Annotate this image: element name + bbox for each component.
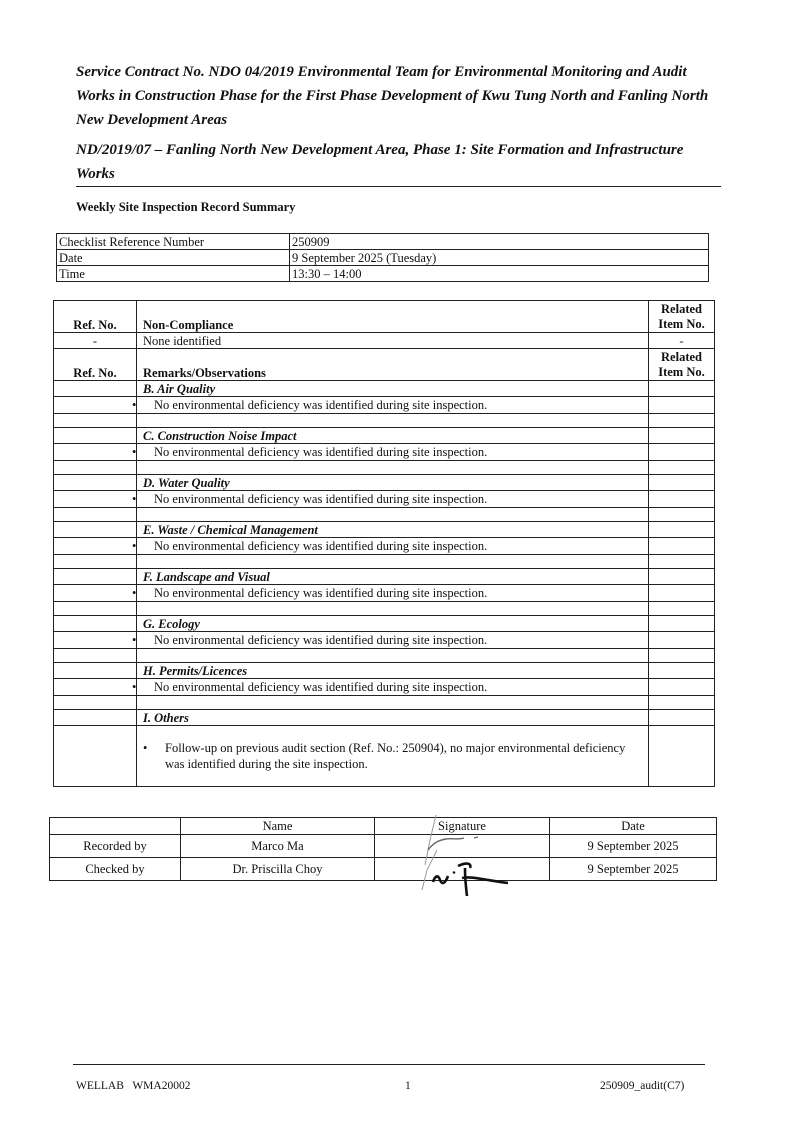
ref-no-cell [54,461,137,475]
spacer-row [54,696,715,710]
category-title-row: I. Others [54,710,715,726]
observation-row: •No environmental deficiency was identif… [54,585,715,602]
category-title-row: G. Ecology [54,616,715,632]
related-item-cell [649,585,715,602]
related-item-cell [649,632,715,649]
info-row: Checklist Reference Number 250909 [57,234,709,250]
noncompliance-header-row: Ref. No. Non-Compliance RelatedItem No. [54,301,715,333]
role-header [50,818,181,835]
info-label: Time [57,266,290,282]
observation-text: No environmental deficiency was identifi… [154,492,487,506]
spacer-cell [137,461,649,475]
bullet-icon: • [154,740,165,756]
name-cell: Marco Ma [181,835,375,858]
category-title: G. Ecology [137,616,649,632]
remarks-header: Remarks/Observations [137,349,649,381]
ref-no-cell [54,444,137,461]
observation-text: No environmental deficiency was identifi… [154,539,487,553]
category-title-row: F. Landscape and Visual [54,569,715,585]
related-item-cell [649,491,715,508]
observation-row: •No environmental deficiency was identif… [54,491,715,508]
observation-cell: •No environmental deficiency was identif… [137,679,649,696]
role-cell: Recorded by [50,835,181,858]
category-title: E. Waste / Chemical Management [137,522,649,538]
category-title-row: E. Waste / Chemical Management [54,522,715,538]
spacer-cell [137,555,649,569]
info-value: 13:30 – 14:00 [290,266,709,282]
related-item-cell [649,461,715,475]
related-item-cell [649,381,715,397]
related-item-cell [649,414,715,428]
spacer-row [54,649,715,663]
ref-no-cell [54,602,137,616]
observation-row: •No environmental deficiency was identif… [54,397,715,414]
related-item-header: RelatedItem No. [649,301,715,333]
bullet-icon: • [143,491,154,507]
spacer-row [54,414,715,428]
ref-no-cell [54,475,137,491]
observation-row: •No environmental deficiency was identif… [54,538,715,555]
related-item-header-line1: Related [661,302,702,316]
bullet-icon: • [143,444,154,460]
category-title-row: H. Permits/Licences [54,663,715,679]
ref-no-cell [54,726,137,787]
category-title-row: B. Air Quality [54,381,715,397]
ref-no-cell [54,710,137,726]
related-item-cell [649,475,715,491]
signoff-header-row: Name Signature Date [50,818,717,835]
ref-no-cell: - [54,333,137,349]
noncompliance-cell: None identified [137,333,649,349]
noncompliance-row: - None identified - [54,333,715,349]
observation-text: No environmental deficiency was identifi… [154,680,487,694]
spacer-cell [137,508,649,522]
document-header: Service Contract No. NDO 04/2019 Environ… [76,60,716,186]
observation-row: •No environmental deficiency was identif… [54,632,715,649]
name-cell: Dr. Priscilla Choy [181,858,375,881]
ref-no-cell [54,414,137,428]
ref-no-cell [54,555,137,569]
info-value: 9 September 2025 (Tuesday) [290,250,709,266]
related-item-cell [649,428,715,444]
related-item-cell [649,569,715,585]
spacer-cell [137,649,649,663]
category-title: C. Construction Noise Impact [137,428,649,444]
spacer-cell [137,696,649,710]
contract-title: Service Contract No. NDO 04/2019 Environ… [76,60,716,132]
related-item-cell: - [649,333,715,349]
date-cell: 9 September 2025 [550,835,717,858]
related-item-header-line2: Item No. [658,365,705,379]
ref-no-cell [54,381,137,397]
related-item-header-line1: Related [661,350,702,364]
checklist-info-table: Checklist Reference Number 250909 Date 9… [56,233,709,282]
related-item-cell [649,444,715,461]
footer-company-code: WELLAB WMA20002 [76,1080,190,1092]
observation-cell: •No environmental deficiency was identif… [137,491,649,508]
related-item-cell [649,616,715,632]
spacer-row [54,555,715,569]
observation-row: •Follow-up on previous audit section (Re… [54,726,715,787]
observation-text: No environmental deficiency was identifi… [154,445,487,459]
info-row: Time 13:30 – 14:00 [57,266,709,282]
related-item-header-line2: Item No. [658,317,705,331]
category-title: F. Landscape and Visual [137,569,649,585]
related-item-cell [649,508,715,522]
remarks-header-row: Ref. No. Remarks/Observations RelatedIte… [54,349,715,381]
noncompliance-header: Non-Compliance [137,301,649,333]
bullet-icon: • [143,538,154,554]
ref-no-cell [54,508,137,522]
observation-text: No environmental deficiency was identifi… [154,586,487,600]
bullet-icon: • [143,679,154,695]
ref-no-cell [54,522,137,538]
observation-cell: •No environmental deficiency was identif… [137,585,649,602]
related-item-cell [649,555,715,569]
info-value: 250909 [290,234,709,250]
related-item-cell [649,649,715,663]
related-item-cell [649,679,715,696]
related-item-cell [649,538,715,555]
observation-row: •No environmental deficiency was identif… [54,444,715,461]
signature-header: Signature [375,818,550,835]
ref-no-cell [54,649,137,663]
works-subtitle: ND/2019/07 – Fanling North New Developme… [76,138,716,186]
signature-cell [375,858,550,881]
ref-no-header: Ref. No. [54,349,137,381]
related-item-cell [649,696,715,710]
related-item-header: RelatedItem No. [649,349,715,381]
ref-no-cell [54,663,137,679]
ref-no-cell [54,397,137,414]
info-label: Date [57,250,290,266]
spacer-cell [137,602,649,616]
related-item-cell [649,602,715,616]
spacer-cell [137,414,649,428]
category-title: B. Air Quality [137,381,649,397]
footer-document-id: 250909_audit(C7) [600,1080,684,1092]
signoff-row-checked: Checked by Dr. Priscilla Choy 9 Septembe… [50,858,717,881]
related-item-cell [649,710,715,726]
signoff-table: Name Signature Date Recorded by Marco Ma… [49,817,717,881]
observation-row: •No environmental deficiency was identif… [54,679,715,696]
ref-no-header: Ref. No. [54,301,137,333]
ref-no-cell [54,428,137,444]
section-heading: Weekly Site Inspection Record Summary [76,200,295,215]
ref-no-cell [54,538,137,555]
observation-cell: •No environmental deficiency was identif… [137,397,649,414]
bullet-icon: • [143,585,154,601]
related-item-cell [649,726,715,787]
document-page: Service Contract No. NDO 04/2019 Environ… [0,0,794,1123]
ref-no-cell [54,679,137,696]
observation-cell: •No environmental deficiency was identif… [137,538,649,555]
date-header: Date [550,818,717,835]
signature-cell [375,835,550,858]
ref-no-cell [54,585,137,602]
role-cell: Checked by [50,858,181,881]
info-row: Date 9 September 2025 (Tuesday) [57,250,709,266]
category-title: H. Permits/Licences [137,663,649,679]
spacer-row [54,602,715,616]
inspection-findings-table: Ref. No. Non-Compliance RelatedItem No. … [53,300,715,787]
observation-text: Follow-up on previous audit section (Ref… [165,741,625,771]
related-item-cell [649,663,715,679]
signoff-row-recorded: Recorded by Marco Ma 9 September 2025 [50,835,717,858]
spacer-row [54,461,715,475]
date-cell: 9 September 2025 [550,858,717,881]
bullet-icon: • [143,397,154,413]
related-item-cell [649,397,715,414]
observation-text: No environmental deficiency was identifi… [154,398,487,412]
info-label: Checklist Reference Number [57,234,290,250]
footer-divider [73,1064,705,1065]
category-title: I. Others [137,710,649,726]
ref-no-cell [54,616,137,632]
ref-no-cell [54,569,137,585]
ref-no-cell [54,632,137,649]
observation-text: No environmental deficiency was identifi… [154,633,487,647]
ref-no-cell [54,491,137,508]
category-title: D. Water Quality [137,475,649,491]
header-divider [76,186,721,187]
related-item-cell [649,522,715,538]
spacer-row [54,508,715,522]
observation-cell: •Follow-up on previous audit section (Re… [137,726,649,787]
page-number: 1 [405,1080,411,1092]
name-header: Name [181,818,375,835]
observation-cell: •No environmental deficiency was identif… [137,632,649,649]
bullet-icon: • [143,632,154,648]
category-title-row: D. Water Quality [54,475,715,491]
category-title-row: C. Construction Noise Impact [54,428,715,444]
ref-no-cell [54,696,137,710]
observation-cell: •No environmental deficiency was identif… [137,444,649,461]
